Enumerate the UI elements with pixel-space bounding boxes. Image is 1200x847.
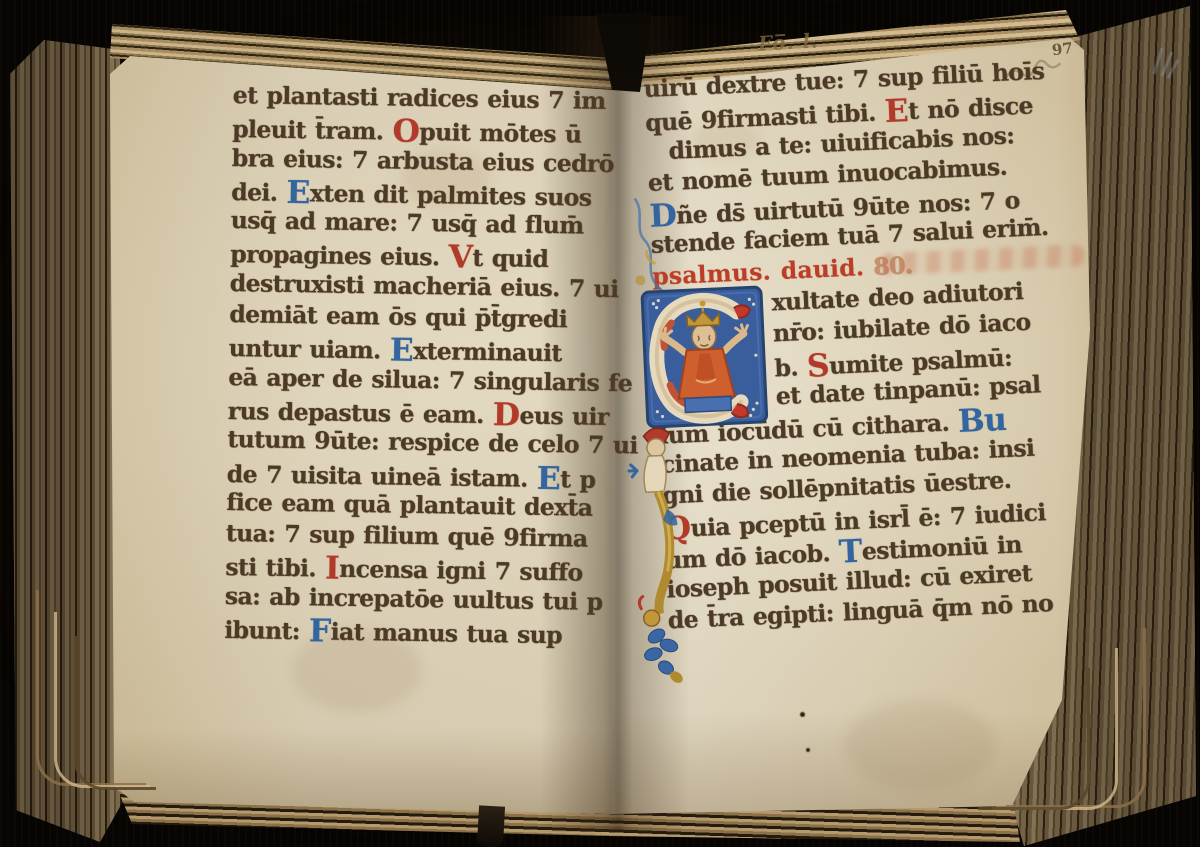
parchment-stain bbox=[845, 700, 995, 790]
text-segment: untur uiam. bbox=[229, 334, 390, 365]
page-corner-curve bbox=[74, 636, 156, 790]
text-segment: tutum 9ūte: respice de celo 7 ui bbox=[227, 425, 638, 459]
ink-spot bbox=[806, 748, 810, 752]
faint-chalk-marks bbox=[1148, 40, 1182, 84]
ink-spot bbox=[800, 712, 805, 717]
text-segment: et plantasti radices eius 7 im bbox=[233, 81, 606, 115]
versal-initial: F bbox=[309, 612, 331, 649]
text-segment: b. bbox=[774, 353, 808, 382]
text-segment: pleuit t̄ram. bbox=[232, 115, 393, 146]
right-page-text-column: uirū dextre tue: 7 sup filiū hoīsquē 9fi… bbox=[643, 54, 1105, 653]
text-segment: demiāt eam ōs qui p̄t̄gredi bbox=[229, 300, 567, 333]
text-segment: eus uir bbox=[519, 402, 609, 431]
manuscript-text-line: ibunt: Fiat manus tua sup bbox=[224, 612, 610, 649]
folio-inscription: Fo̅. l. bbox=[757, 28, 819, 55]
text-segment: fice eam quā plantauit dext̄a bbox=[226, 488, 593, 522]
text-segment: bra eius: 7 arbusta eius cedrō bbox=[232, 144, 614, 178]
text-segment: sa: ab increpatōe uultus tui p bbox=[225, 582, 603, 616]
text-segment: propagines eius. bbox=[230, 240, 449, 271]
text-segment: xterminauit bbox=[413, 337, 562, 367]
text-segment: usq̄ ad mare: 7 usq̄ ad flum̄ bbox=[231, 206, 584, 240]
text-segment: t quid bbox=[472, 244, 548, 273]
text-segment: ibunt: bbox=[224, 616, 309, 645]
text-segment: destruxisti macheriā eius. 7 ui bbox=[230, 269, 619, 303]
text-segment: eā aper de silua: 7 singularis fe bbox=[228, 363, 632, 397]
binding-tail bbox=[477, 805, 505, 847]
historiated-initial-king-david bbox=[640, 285, 769, 429]
text-segment: tua: 7 sup filium quē 9firma bbox=[226, 519, 588, 553]
margin-drollery-figure bbox=[625, 424, 699, 687]
text-segment: dei. bbox=[231, 178, 287, 207]
text-segment: t p bbox=[560, 465, 596, 494]
left-page-text-column: et plantasti radices eius 7 impleuit t̄r… bbox=[224, 80, 619, 661]
text-segment: sti tibi. bbox=[225, 553, 325, 583]
manuscript-photo: Fo̅. l. 97 et plantasti radices eius 7 i… bbox=[0, 0, 1200, 847]
pen-flourish bbox=[622, 193, 672, 295]
text-segment: puit mōtes ū bbox=[419, 118, 582, 149]
page-corner-curve bbox=[978, 668, 1090, 810]
text-segment: iat manus tua sup bbox=[330, 618, 562, 650]
